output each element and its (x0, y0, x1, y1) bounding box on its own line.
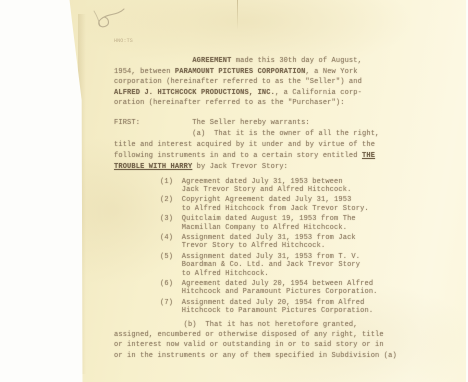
opening-line: oration (hereinafter referred to as the … (114, 98, 414, 109)
list-item: (7) Assignment dated July 20, 1954 from … (160, 299, 414, 315)
opening-line: 1954, between PARAMOUNT PICTURES CORPORA… (114, 67, 414, 78)
first-clause-paragraph: FIRST: The Seller hereby warrants: (a) T… (114, 118, 414, 173)
story-title: THE (362, 152, 375, 160)
opening-line: ALFRED J. HITCHCOCK PRODUCTIONS, INC., a… (114, 88, 414, 99)
story-title: TROUBLE WITH HARRY (114, 163, 192, 171)
opening-line: AGREEMENT made this 30th day of August, (114, 56, 414, 67)
list-item: (4) Assignment dated July 31, 1953 from … (160, 234, 414, 250)
agreement-word: AGREEMENT (192, 57, 231, 65)
purchaser-name: ALFRED J. HITCHCOCK PRODUCTIONS, INC. (114, 89, 275, 97)
paper-edge-shading (78, 14, 86, 374)
typist-reference: HNO:TS (114, 38, 414, 44)
opening-line: corporation (hereinafter referred to as … (114, 77, 414, 88)
instrument-list: (1) Agreement dated July 31, 1953 betwee… (160, 178, 414, 316)
list-item: (6) Agreement dated July 20, 1954 betwee… (160, 280, 414, 296)
first-clause-line: (a) That it is the owner of all the righ… (114, 129, 414, 140)
document-page: HNO:TS AGREEMENT made this 30th day of A… (64, 0, 466, 382)
first-clause-line: following instruments in and to a certai… (114, 151, 414, 162)
first-clause-line: FIRST: The Seller hereby warrants: (114, 118, 414, 129)
clause-b-paragraph: (b) That it has not heretofore granted, … (114, 320, 414, 362)
seller-name: PARAMOUNT PICTURES CORPORATION (175, 68, 306, 76)
agreement-opening-paragraph: AGREEMENT made this 30th day of August, … (114, 56, 414, 109)
list-item: (1) Agreement dated July 31, 1953 betwee… (160, 178, 414, 194)
list-item: (2) Copyright Agreement dated July 31, 1… (160, 196, 414, 212)
first-clause-line: title and interest acquired by it under … (114, 140, 414, 151)
list-item: (3) Quitclaim dated August 19, 1953 from… (160, 215, 414, 231)
handwritten-pencil-mark (84, 4, 132, 40)
list-item: (5) Assignment dated July 31, 1953 from … (160, 253, 414, 278)
typed-document-body: HNO:TS AGREEMENT made this 30th day of A… (114, 38, 414, 370)
first-clause-line: TROUBLE WITH HARRY by Jack Trevor Story: (114, 162, 414, 173)
scanned-document-canvas: HNO:TS AGREEMENT made this 30th day of A… (0, 0, 468, 382)
paper-crease (237, 0, 238, 30)
